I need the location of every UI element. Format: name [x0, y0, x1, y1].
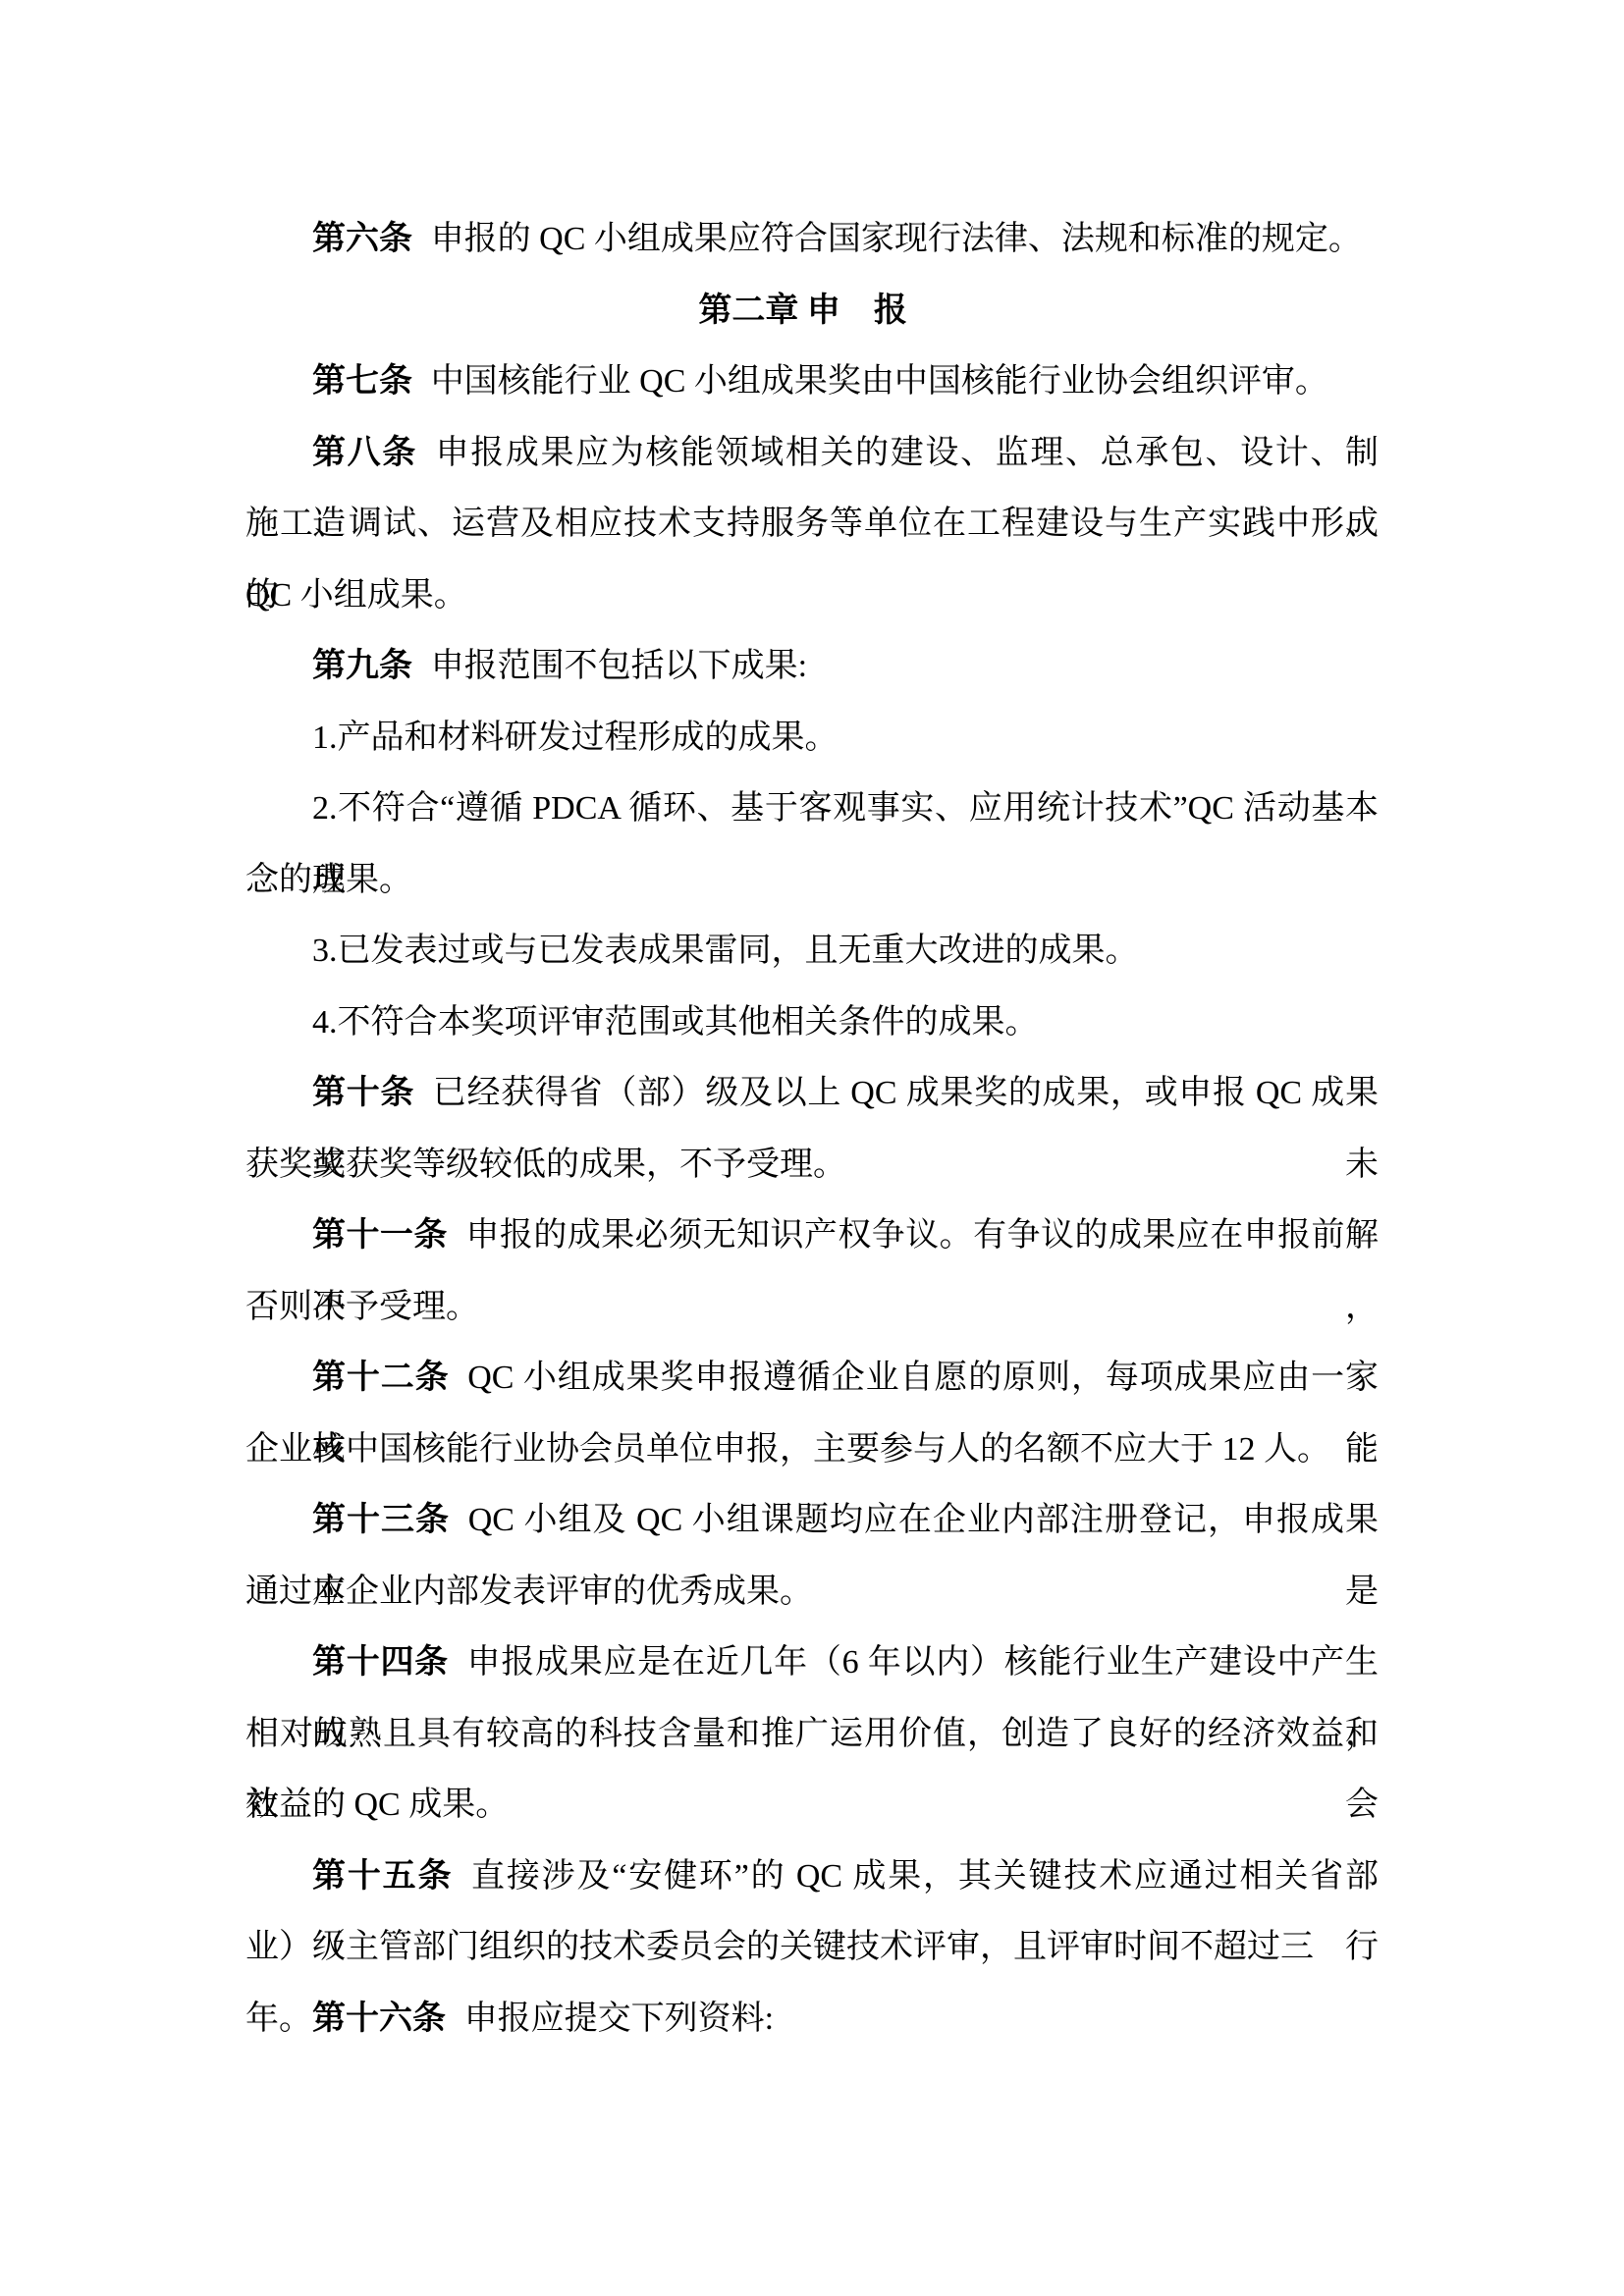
doc-line: 第十四条申报成果应是在近几年（6 年以内）核能行业生产建设中产生的，	[245, 1628, 1379, 1699]
body-text-run: 效益的 QC 成果。	[245, 1787, 509, 1823]
body-text-run: 企业或中国核能行业协会员单位申报，主要参与人的名额不应大于 12 人。	[245, 1431, 1330, 1468]
doc-line: 2.不符合“遵循 PDCA 循环、基于客观事实、应用统计技术”QC 活动基本理	[245, 774, 1379, 845]
body-text-run: QC 小组成果。	[245, 577, 467, 614]
doc-line: 第十二条QC 小组成果奖申报遵循企业自愿的原则，每项成果应由一家核能	[245, 1343, 1379, 1415]
article-number-label: 第十六条	[312, 2001, 446, 2037]
doc-line: 第十五条直接涉及“安健环”的 QC 成果，其关键技术应通过相关省部（行	[245, 1842, 1379, 1913]
article-number-label: 第七条	[312, 363, 412, 400]
doc-line: 业）级主管部门组织的技术委员会的关键技术评审，且评审时间不超过三年。	[245, 1912, 1379, 1984]
body-text-run: 申报应提交下列资料:	[464, 2001, 774, 2037]
body-text-run: 否则不予受理。	[245, 1289, 479, 1325]
article-number-label: 第十一条	[312, 1217, 448, 1254]
doc-line: 念的成果。	[245, 845, 1379, 917]
article-number-label: 第六条	[312, 221, 412, 257]
article-number-label: 第十条	[312, 1075, 414, 1111]
body-text-run: 中国核能行业 QC 小组成果奖由中国核能行业协会组织评审。	[431, 363, 1328, 400]
document-body: 第六条申报的 QC 小组成果应符合国家现行法律、法规和标准的规定。第二章 申 报…	[245, 204, 1379, 2055]
doc-line: 3.已发表过或与已发表成果雷同，且无重大改进的成果。	[245, 916, 1379, 988]
doc-line: 第九条申报范围不包括以下成果:	[245, 631, 1379, 703]
doc-line: 第十一条申报的成果必须无知识产权争议。有争议的成果应在申报前解决，	[245, 1201, 1379, 1272]
article-number-label: 第二章 申 报	[698, 293, 907, 329]
doc-line: 第十三条QC 小组及 QC 小组课题均应在企业内部注册登记，申报成果应是	[245, 1485, 1379, 1557]
doc-line: 第六条申报的 QC 小组成果应符合国家现行法律、法规和标准的规定。	[245, 204, 1379, 276]
body-text-run: 4.不符合本奖项评审范围或其他相关条件的成果。	[312, 1004, 1039, 1041]
doc-line: 第七条中国核能行业 QC 小组成果奖由中国核能行业协会组织评审。	[245, 347, 1379, 418]
article-number-label: 第九条	[312, 648, 412, 684]
body-text-run: 通过本企业内部发表评审的优秀成果。	[245, 1574, 813, 1610]
doc-line: 施工、调试、运营及相应技术支持服务等单位在工程建设与生产实践中形成的	[245, 489, 1379, 561]
doc-line: 第二章 申 报	[245, 276, 1379, 347]
body-text-run: 3.已发表过或与已发表成果雷同，且无重大改进的成果。	[312, 933, 1139, 969]
doc-line: 相对成熟且具有较高的科技含量和推广运用价值，创造了良好的经济效益和社会	[245, 1699, 1379, 1771]
article-number-label: 第十二条	[312, 1360, 450, 1396]
doc-line: 1.产品和材料研发过程形成的成果。	[245, 703, 1379, 774]
body-text-run: 申报的 QC 小组成果应符合国家现行法律、法规和标准的规定。	[431, 221, 1362, 257]
doc-line: 企业或中国核能行业协会员单位申报，主要参与人的名额不应大于 12 人。	[245, 1415, 1379, 1486]
doc-line: QC 小组成果。	[245, 561, 1379, 632]
article-number-label: 第八条	[312, 435, 417, 471]
doc-line: 4.不符合本奖项评审范围或其他相关条件的成果。	[245, 988, 1379, 1059]
doc-line: 第八条申报成果应为核能领域相关的建设、监理、总承包、设计、制造、	[245, 418, 1379, 490]
doc-line: 第十条已经获得省（部）级及以上 QC 成果奖的成果，或申报 QC 成果奖未	[245, 1058, 1379, 1130]
document-page: 第六条申报的 QC 小组成果应符合国家现行法律、法规和标准的规定。第二章 申 报…	[0, 0, 1624, 2296]
body-text-run: 获奖或获奖等级较低的成果，不予受理。	[245, 1147, 846, 1183]
article-number-label: 第十四条	[312, 1644, 449, 1681]
doc-line: 第十六条申报应提交下列资料:	[245, 1984, 1379, 2056]
body-text-run: 念的成果。	[245, 862, 412, 898]
article-number-label: 第十五条	[312, 1858, 453, 1895]
body-text-run: 申报范围不包括以下成果:	[431, 648, 807, 684]
body-text-run: 1.产品和材料研发过程形成的成果。	[312, 720, 839, 756]
article-number-label: 第十三条	[312, 1502, 450, 1538]
